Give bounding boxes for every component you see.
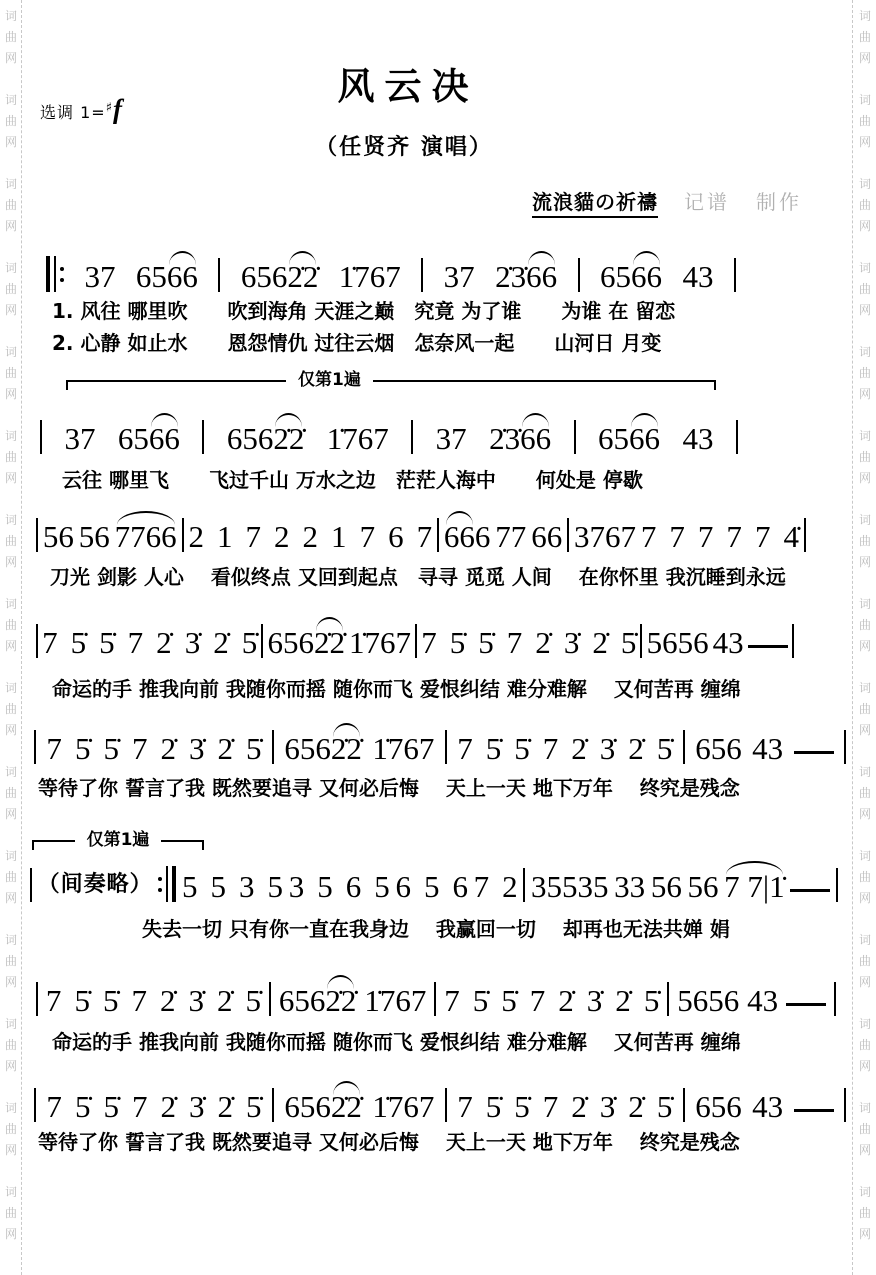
notes: 217221767 (188, 521, 445, 552)
watermark-char: 曲 (859, 1203, 871, 1224)
watermark-char: 词 (859, 594, 871, 615)
watermark-group: 词曲网 (3, 1014, 19, 1077)
watermark-char: 网 (5, 468, 17, 489)
notes: 6 (475, 521, 491, 552)
note-group: 56 (43, 521, 74, 552)
notes: 66 (531, 521, 562, 552)
barline (834, 982, 836, 1016)
tied-notes: 66 (631, 261, 662, 292)
score-line-4: 75̇5̇72̇3̇2̇5̇6562̇2̇1̇76775̇5̇72̇3̇2̇5̇… (36, 612, 794, 658)
watermark-char: 词 (859, 930, 871, 951)
note-group: 656 (695, 733, 742, 764)
watermark-char: 曲 (5, 27, 17, 48)
notes: 43 (752, 1091, 783, 1122)
notes: 656 (695, 733, 742, 764)
note-group: 1̇767 (372, 733, 434, 764)
note-group: 6562̇2̇ (227, 423, 305, 454)
notes: 75̇5̇72̇3̇2̇5̇ (42, 627, 270, 658)
notes: 43 (713, 627, 744, 658)
watermark-char: 曲 (859, 867, 871, 888)
barline (34, 1088, 36, 1122)
note-group: 666 (444, 521, 491, 552)
watermark-group: 词曲网 (3, 762, 19, 825)
watermark-group: 词曲网 (857, 6, 873, 69)
note-group: 656 (395, 871, 468, 902)
tied-notes: 7 7|1̇ (724, 871, 784, 902)
barline (30, 868, 32, 902)
watermark-group: 词曲网 (857, 258, 873, 321)
watermark-char: 词 (5, 846, 17, 867)
barline (792, 624, 794, 658)
watermark-group: 词曲网 (3, 1098, 19, 1161)
watermark-char: 曲 (859, 27, 871, 48)
watermark-char: 网 (5, 1056, 17, 1077)
watermark-char: 词 (5, 6, 17, 27)
notes: 1̇767 (339, 261, 401, 292)
watermark-char: 网 (5, 1224, 17, 1245)
watermark-char: 曲 (859, 531, 871, 552)
note-group: 43 (713, 627, 744, 658)
watermark-group: 词曲网 (857, 762, 873, 825)
barline (182, 518, 184, 552)
notes: 1̇767 (327, 423, 389, 454)
notes: 56 (43, 521, 74, 552)
watermark-char: 词 (859, 258, 871, 279)
watermark-group: 词曲网 (857, 930, 873, 993)
watermark-char: 词 (859, 678, 871, 699)
watermark-char: 词 (859, 846, 871, 867)
watermark-char: 网 (859, 888, 871, 909)
barline (40, 420, 42, 454)
notes: 75̇5̇72̇3̇2̇5̇ (444, 985, 672, 1016)
watermark-group: 词曲网 (857, 342, 873, 405)
watermark-group: 词曲网 (857, 90, 873, 153)
repeat-dots (60, 267, 64, 282)
note-group: 33 (614, 871, 645, 902)
barline (434, 982, 436, 1016)
watermark-char: 词 (5, 1098, 17, 1119)
tied-notes: 66 (629, 423, 660, 454)
watermark-char: 曲 (5, 1203, 17, 1224)
notes: 656 (695, 1091, 742, 1122)
tied-notes: 2̇2̇ (325, 985, 356, 1016)
watermark-group: 词曲网 (857, 594, 873, 657)
notes: 77 (495, 521, 526, 552)
watermark-char: 网 (859, 1224, 871, 1245)
watermark-char: 网 (5, 384, 17, 405)
barline (734, 258, 736, 292)
watermark-char: 网 (5, 972, 17, 993)
barline (445, 1088, 447, 1122)
notes: 5535 (182, 871, 296, 902)
song-title: 风云决 (0, 56, 816, 110)
watermark-char: 曲 (5, 531, 17, 552)
note-group: 1̇767 (372, 1091, 434, 1122)
held-note-dash (786, 1003, 826, 1006)
watermark-char: 曲 (859, 783, 871, 804)
note-group: 6566 (118, 423, 180, 454)
bracket-line-right (373, 380, 716, 390)
watermark-char: 词 (5, 174, 17, 195)
watermark-group: 词曲网 (857, 1098, 873, 1161)
credit-role-produce: 制作 (756, 186, 802, 215)
notes: 1̇767 (349, 627, 411, 658)
watermark-char: 网 (5, 636, 17, 657)
watermark-char: 词 (5, 342, 17, 363)
watermark-char: 曲 (5, 1035, 17, 1056)
note-group: 72 (474, 871, 518, 902)
held-note-dash (794, 1109, 834, 1112)
watermark-char: 网 (859, 48, 871, 69)
watermark-char: 曲 (5, 447, 17, 468)
score-line-5: 75̇5̇72̇3̇2̇5̇6562̇2̇1̇76775̇5̇72̇3̇2̇5̇… (34, 718, 846, 764)
watermark-group: 词曲网 (857, 846, 873, 909)
notes: 75̇5̇72̇3̇2̇5̇ (457, 1091, 685, 1122)
watermark-char: 词 (5, 426, 17, 447)
notes: 37 (64, 423, 95, 454)
watermark-group: 词曲网 (857, 1014, 873, 1077)
held-note-dash (794, 751, 834, 754)
notes: 56 (651, 871, 682, 902)
notes: 75̇5̇72̇3̇2̇5̇ (457, 733, 685, 764)
notes: 656 (284, 733, 331, 764)
barline (218, 258, 220, 292)
note-group: 43 (682, 261, 713, 292)
credit-role-transcribe: 记谱 (684, 186, 730, 215)
note-group: 75̇5̇72̇3̇2̇5̇ (457, 1091, 672, 1122)
notes: 37 (444, 261, 475, 292)
barline (202, 420, 204, 454)
notes: 5656 (677, 985, 739, 1016)
barline (36, 982, 38, 1016)
watermark-char: 曲 (859, 447, 871, 468)
border-dashed-right (852, 0, 853, 1275)
notes: 3565 (289, 871, 403, 902)
watermark-char: 曲 (5, 615, 17, 636)
notes: 37 (436, 423, 467, 454)
note-group: 37 (436, 423, 467, 454)
watermark-char: 词 (5, 1182, 17, 1203)
watermark-char: 曲 (5, 1119, 17, 1140)
note-group: 37 (64, 423, 95, 454)
tied-notes: 2̇2̇ (331, 1091, 362, 1122)
watermark-char: 曲 (859, 1119, 871, 1140)
watermark-char: 网 (859, 132, 871, 153)
tied-notes: 66 (526, 261, 557, 292)
watermark-char: 词 (859, 1098, 871, 1119)
notes: 43 (752, 733, 783, 764)
note-group: 75̇5̇72̇3̇2̇5̇ (444, 985, 659, 1016)
note-group: 75̇5̇72̇3̇2̇5̇ (46, 985, 261, 1016)
watermark-char: 词 (859, 1014, 871, 1035)
tied-notes: 66 (520, 423, 551, 454)
note-group: 43 (682, 423, 713, 454)
note-group: 6562̇2̇ (241, 261, 319, 292)
watermark-char: 词 (5, 258, 17, 279)
note-group: 656 (695, 1091, 742, 1122)
watermark-char: 曲 (859, 279, 871, 300)
watermark-char: 网 (5, 888, 17, 909)
held-note-dash (748, 645, 788, 648)
note-group: 75̇5̇72̇3̇2̇5̇ (46, 733, 261, 764)
transcriber-name: 流浪貓の祈禱 (532, 186, 658, 218)
notes: 33 (614, 871, 645, 902)
note-group: 6566 (600, 261, 662, 292)
bracket-label: 仅第1遍 (75, 832, 162, 849)
note-group: 2̇3̇66 (495, 261, 557, 292)
singer-subtitle: （任贤齐 演唱） (0, 130, 808, 161)
barline (411, 420, 413, 454)
bracket-line-left (66, 380, 286, 390)
note-group: 6562̇2̇ (279, 985, 357, 1016)
barline (844, 1088, 846, 1122)
watermark-char: 网 (5, 804, 17, 825)
watermark-char: 网 (859, 468, 871, 489)
note-group: 7 7|1̇ (724, 871, 784, 902)
watermark-char: 词 (5, 678, 17, 699)
watermark-group: 词曲网 (3, 1182, 19, 1245)
watermark-group: 词曲网 (3, 342, 19, 405)
note-group: 777774̇ (641, 521, 799, 552)
note-group: 75̇5̇72̇3̇2̇5̇ (46, 1091, 261, 1122)
watermark-char: 曲 (859, 1035, 871, 1056)
notes: 35535 (531, 871, 609, 902)
note-group: 75̇5̇72̇3̇2̇5̇ (421, 627, 636, 658)
note-group: 56 (79, 521, 110, 552)
barline (578, 258, 580, 292)
note-group: 37 (84, 261, 115, 292)
watermark-group: 词曲网 (857, 678, 873, 741)
note-group: 77 (495, 521, 526, 552)
score-line-6: （间奏略）5535356565672355353356567 7|1̇ (30, 856, 838, 902)
watermark-char: 曲 (5, 363, 17, 384)
notes: 656 (227, 423, 274, 454)
note-group: 56 (651, 871, 682, 902)
lyrics-line-5: 等待了你 誓言了我 既然要追寻 又何必后悔 天上一天 地下万年 终究是残念 (38, 772, 740, 801)
note-group: 35535 (531, 871, 609, 902)
watermark-column-right: 词曲网词曲网词曲网词曲网词曲网词曲网词曲网词曲网词曲网词曲网词曲网词曲网词曲网词… (857, 6, 873, 1275)
notes: 43 (682, 423, 713, 454)
notes: 65 (598, 423, 629, 454)
watermark-char: 网 (859, 1056, 871, 1077)
bracket-line-left (32, 840, 75, 850)
sheet-music-page: 词曲网词曲网词曲网词曲网词曲网词曲网词曲网词曲网词曲网词曲网词曲网词曲网词曲网词… (0, 0, 876, 1275)
watermark-char: 词 (859, 6, 871, 27)
notes: 75̇5̇72̇3̇2̇5̇ (421, 627, 649, 658)
watermark-char: 曲 (5, 867, 17, 888)
notes: 37 (84, 261, 115, 292)
watermark-group: 词曲网 (3, 930, 19, 993)
note-group: 2̇3̇66 (489, 423, 551, 454)
note-group: 3565 (289, 871, 390, 902)
watermark-char: 网 (859, 972, 871, 993)
interlude-annotation: （间奏略） (38, 871, 153, 900)
notes: 656 (284, 1091, 331, 1122)
watermark-char: 曲 (5, 195, 17, 216)
watermark-group: 词曲网 (857, 426, 873, 489)
watermark-group: 词曲网 (857, 1182, 873, 1245)
border-dashed-left (21, 0, 22, 1275)
watermark-char: 词 (859, 510, 871, 531)
lyrics-line-2: 云往 哪里飞 飞过千山 万水之边 茫茫人海中 何处是 停歇 (62, 464, 643, 493)
tied-notes: 2̇2̇ (273, 423, 304, 454)
tied-notes: 66 (167, 261, 198, 292)
barline (34, 730, 36, 764)
watermark-char: 词 (859, 90, 871, 111)
watermark-char: 网 (859, 300, 871, 321)
repeat-sign-start (46, 256, 64, 292)
watermark-char: 网 (859, 216, 871, 237)
score-line-8: 75̇5̇72̇3̇2̇5̇6562̇2̇1̇76775̇5̇72̇3̇2̇5̇… (34, 1076, 846, 1122)
watermark-char: 词 (5, 762, 17, 783)
notes: 75̇5̇72̇3̇2̇5̇ (46, 733, 274, 764)
watermark-char: 曲 (859, 363, 871, 384)
watermark-char: 词 (859, 342, 871, 363)
watermark-char: 词 (5, 510, 17, 531)
barline (445, 730, 447, 764)
watermark-group: 词曲网 (3, 846, 19, 909)
watermark-char: 网 (859, 1140, 871, 1161)
note-group: 66 (531, 521, 562, 552)
watermark-char: 网 (5, 720, 17, 741)
watermark-char: 曲 (5, 111, 17, 132)
note-group: 5656 (677, 985, 739, 1016)
notes: 43 (682, 261, 713, 292)
watermark-group: 词曲网 (3, 258, 19, 321)
watermark-group: 词曲网 (3, 678, 19, 741)
watermark-char: 词 (5, 930, 17, 951)
barline (36, 624, 38, 658)
note-group: 75̇5̇72̇3̇2̇5̇ (42, 627, 257, 658)
credit-line: 流浪貓の祈禱 记谱 制作 (532, 186, 802, 218)
notes: 65 (600, 261, 631, 292)
score-line-3: 5656776621722176766677663767777774̇ (36, 506, 806, 552)
lyrics-line-6: 失去一切 只有你一直在我身边 我赢回一切 却再也无法共婵 娟 (142, 913, 730, 942)
watermark-char: 曲 (859, 699, 871, 720)
watermark-char: 网 (859, 552, 871, 573)
first-pass-bracket-interlude: 仅第1遍 (32, 840, 204, 850)
note-group: 7766 (115, 521, 177, 552)
notes: 56 (79, 521, 110, 552)
watermark-char: 曲 (5, 279, 17, 300)
barline (567, 518, 569, 552)
barline (415, 624, 417, 658)
score-line-2: 3765666562̇2̇1̇767372̇3̇66656643 (40, 408, 738, 454)
watermark-char: 词 (5, 594, 17, 615)
note-group: 5535 (182, 871, 283, 902)
note-group: 6566 (598, 423, 660, 454)
notes: 777774̇ (641, 521, 812, 552)
watermark-group: 词曲网 (857, 174, 873, 237)
watermark-char: 曲 (5, 951, 17, 972)
lyrics-verse-1: 1. 风往 哪里吹 吹到海角 天涯之巅 究竟 为了谁 为谁 在 留恋 (52, 295, 675, 324)
barline (574, 420, 576, 454)
held-note-dash (790, 889, 830, 892)
watermark-char: 网 (859, 720, 871, 741)
notes: 656 (279, 985, 326, 1016)
lyrics-line-7: 命运的手 推我向前 我随你而摇 随你而飞 爱恨纠结 难分难解 又何苦再 缠绵 (52, 1026, 741, 1055)
watermark-char: 词 (5, 1014, 17, 1035)
tied-notes: 2̇2̇ (331, 733, 362, 764)
note-group: 5656 (647, 627, 709, 658)
score-line-1: 3765666562̇2̇1̇767372̇3̇66656643 (46, 246, 736, 292)
watermark-char: 网 (5, 552, 17, 573)
repeat-dots (158, 877, 162, 892)
note-group: 1̇767 (339, 261, 401, 292)
note-group: 6562̇2̇ (267, 627, 345, 658)
watermark-group: 词曲网 (3, 174, 19, 237)
watermark-char: 词 (859, 762, 871, 783)
watermark-char: 曲 (5, 699, 17, 720)
watermark-char: 词 (859, 174, 871, 195)
tied-notes: 66 (149, 423, 180, 454)
barline (844, 730, 846, 764)
notes: 1̇767 (364, 985, 426, 1016)
notes: 43 (747, 985, 778, 1016)
notes: 65 (118, 423, 149, 454)
notes: 2̇3̇ (495, 261, 526, 292)
notes: 656 (241, 261, 288, 292)
watermark-char: 词 (859, 426, 871, 447)
note-group: 1̇767 (349, 627, 411, 658)
notes: 3767 (574, 521, 636, 552)
watermark-char: 曲 (859, 111, 871, 132)
watermark-char: 网 (859, 636, 871, 657)
note-group: 75̇5̇72̇3̇2̇5̇ (457, 733, 672, 764)
watermark-char: 曲 (859, 951, 871, 972)
notes: 2̇3̇ (489, 423, 520, 454)
notes: 656 (395, 871, 481, 902)
note-group: 56 (687, 871, 718, 902)
watermark-char: 网 (5, 1140, 17, 1161)
lyrics-verse-2: 2. 心静 如止水 恩怨情仇 过往云烟 怎奈风一起 山河日 月变 (52, 327, 661, 356)
barline (421, 258, 423, 292)
watermark-char: 网 (859, 804, 871, 825)
barline (736, 420, 738, 454)
notes: 5656 (647, 627, 709, 658)
note-group: 43 (752, 1091, 783, 1122)
lyrics-line-3: 刀光 剑影 人心 看似终点 又回到起点 寻寻 觅觅 人间 在你怀里 我沉睡到永远 (50, 561, 786, 590)
watermark-char: 词 (859, 1182, 871, 1203)
watermark-char: 网 (859, 384, 871, 405)
note-group: 6562̇2̇ (284, 733, 362, 764)
notes: 65 (136, 261, 167, 292)
note-group: 3767 (574, 521, 636, 552)
watermark-group: 词曲网 (3, 510, 19, 573)
bracket-label: 仅第1遍 (286, 372, 373, 389)
watermark-group: 词曲网 (3, 594, 19, 657)
watermark-char: 曲 (859, 615, 871, 636)
note-group: 6562̇2̇ (284, 1091, 362, 1122)
lyrics-line-4: 命运的手 推我向前 我随你而摇 随你而飞 爱恨纠结 难分难解 又何苦再 缠绵 (52, 673, 741, 702)
notes: 72 (474, 871, 531, 902)
repeat-sign-end (158, 866, 176, 902)
tied-notes: 7766 (115, 521, 177, 552)
tied-notes: 2̇2̇ (287, 261, 318, 292)
lyrics-line-8: 等待了你 誓言了我 既然要追寻 又何必后悔 天上一天 地下万年 终究是残念 (38, 1126, 740, 1155)
watermark-char: 曲 (859, 195, 871, 216)
note-group: 43 (747, 985, 778, 1016)
watermark-column-left: 词曲网词曲网词曲网词曲网词曲网词曲网词曲网词曲网词曲网词曲网词曲网词曲网词曲网词… (3, 6, 19, 1275)
tied-notes: 66 (444, 521, 475, 552)
notes: 656 (267, 627, 314, 658)
notes: 75̇5̇72̇3̇2̇5̇ (46, 1091, 274, 1122)
notes: 75̇5̇72̇3̇2̇5̇ (46, 985, 274, 1016)
note-group: 1̇767 (327, 423, 389, 454)
barline (36, 518, 38, 552)
note-group: 43 (752, 733, 783, 764)
note-group: 6566 (136, 261, 198, 292)
